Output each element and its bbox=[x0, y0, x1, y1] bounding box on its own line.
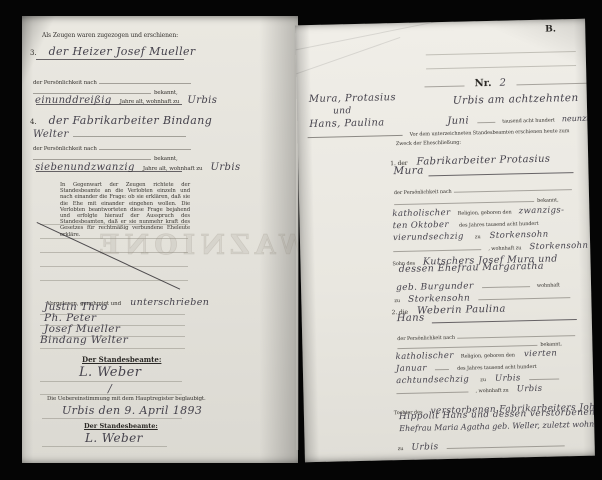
signature-rule bbox=[42, 446, 167, 447]
witness3-number: 3. bbox=[30, 49, 36, 57]
groom-occupation-name: Fabrikarbeiter Protasius bbox=[416, 154, 550, 168]
form-rule bbox=[73, 130, 186, 137]
form-rule bbox=[42, 418, 182, 419]
blank-rule bbox=[40, 280, 188, 281]
signature-4: Bindang Welter bbox=[40, 335, 128, 346]
form-rule bbox=[36, 59, 184, 60]
bride-occupation-name: Weberin Paulina bbox=[417, 304, 506, 317]
record-year: neunzig und drei bbox=[562, 113, 595, 124]
witness4-residence: Urbis bbox=[211, 162, 241, 173]
bride-parents-residence-row: zu Urbis bbox=[397, 433, 564, 453]
witness3-name: der Heizer Josef Mueller bbox=[49, 45, 196, 58]
bleedthrough-watermark: UNWAZNIONE bbox=[94, 230, 298, 261]
record-date-row: Juni tausend acht hundert neunzig und dr… bbox=[447, 107, 595, 127]
blank-rule bbox=[426, 65, 576, 69]
zu-printed: zu bbox=[398, 446, 404, 452]
blank-rule bbox=[426, 51, 576, 55]
record-place-date: Urbis am achtzehnten bbox=[453, 93, 579, 106]
registrar-signature: L. Weber bbox=[79, 366, 141, 379]
bride-parents-row-3: Ehefrau Maria Agatha geb. Weller, zuletz… bbox=[399, 420, 595, 433]
signature-rule bbox=[40, 394, 182, 395]
signature-3: Josef Mueller bbox=[44, 324, 120, 335]
witness-intro: Als Zeugen waren zugezogen und erschiene… bbox=[42, 33, 178, 39]
groom-parents-row-2: dessen Ehefrau Margaratha bbox=[399, 262, 544, 275]
paper-crease bbox=[296, 37, 400, 74]
registrar-label-2: Der Standesbeamte: bbox=[84, 423, 158, 430]
form-rule bbox=[36, 104, 182, 105]
certification-note: Die Uebereinstimmung mit dem Hauptregist… bbox=[47, 397, 206, 403]
right-page: B. Nr. 2 Mura, Protasius und Hans, Pauli… bbox=[295, 19, 595, 462]
form-rule bbox=[396, 386, 468, 395]
registrar-label: Der Standesbeamte: bbox=[82, 356, 161, 363]
intro-line-2: Zweck der Eheschließung: bbox=[396, 141, 461, 147]
page-label: B. bbox=[545, 25, 556, 34]
margin-rule bbox=[308, 135, 403, 138]
intro-line-1: Vor dem unterzeichneten Standesbeamten e… bbox=[410, 129, 570, 138]
witness3-residence: Urbis bbox=[187, 95, 217, 106]
record-month: Juni bbox=[447, 115, 469, 126]
signature-1: Justin Thro bbox=[44, 302, 108, 313]
bride-residence-row: , wohnhaft zu Urbis bbox=[396, 378, 542, 397]
form-rule bbox=[477, 116, 495, 123]
blank-rule bbox=[40, 224, 188, 225]
date-printed: tausend acht hundert bbox=[502, 117, 555, 124]
signature-rule bbox=[40, 348, 185, 349]
form-rule bbox=[424, 80, 464, 88]
bride-surname: Hans bbox=[397, 313, 425, 324]
scanned-register-photo: Als Zeugen waren zugezogen und erschiene… bbox=[0, 0, 602, 480]
registrar-signature-2: L. Weber bbox=[85, 432, 143, 444]
margin-name-bride: Hans, Paulina bbox=[309, 118, 385, 130]
groom-surname: Mura bbox=[393, 165, 424, 176]
bride-parents-residence: Urbis bbox=[411, 442, 438, 453]
left-page: Als Zeugen waren zugezogen und erschiene… bbox=[22, 16, 298, 463]
form-rule bbox=[429, 172, 574, 176]
vorgelesen-hand: unterschrieben bbox=[130, 297, 209, 308]
record-number-label: Nr. bbox=[474, 78, 491, 89]
form-rule bbox=[447, 439, 565, 449]
form-rule bbox=[516, 77, 586, 86]
margin-name-und: und bbox=[333, 107, 352, 116]
certification-date: Urbis den 9. April 1893 bbox=[62, 405, 202, 416]
bride-residence: Urbis bbox=[517, 384, 543, 395]
signature-flourish: / bbox=[108, 383, 112, 394]
paper-crease bbox=[296, 20, 443, 50]
wohnhaft-printed: , wohnhaft zu bbox=[475, 388, 508, 395]
blank-rule bbox=[40, 266, 188, 267]
witness3-row: 3. der Heizer Josef Mueller bbox=[30, 42, 196, 58]
record-number-row: Nr. 2 bbox=[424, 71, 586, 91]
margin-name-groom: Mura, Protasius bbox=[309, 93, 396, 105]
form-rule bbox=[36, 171, 182, 172]
signature-2: Ph. Peter bbox=[44, 313, 96, 324]
record-number-value: 2 bbox=[499, 78, 506, 89]
